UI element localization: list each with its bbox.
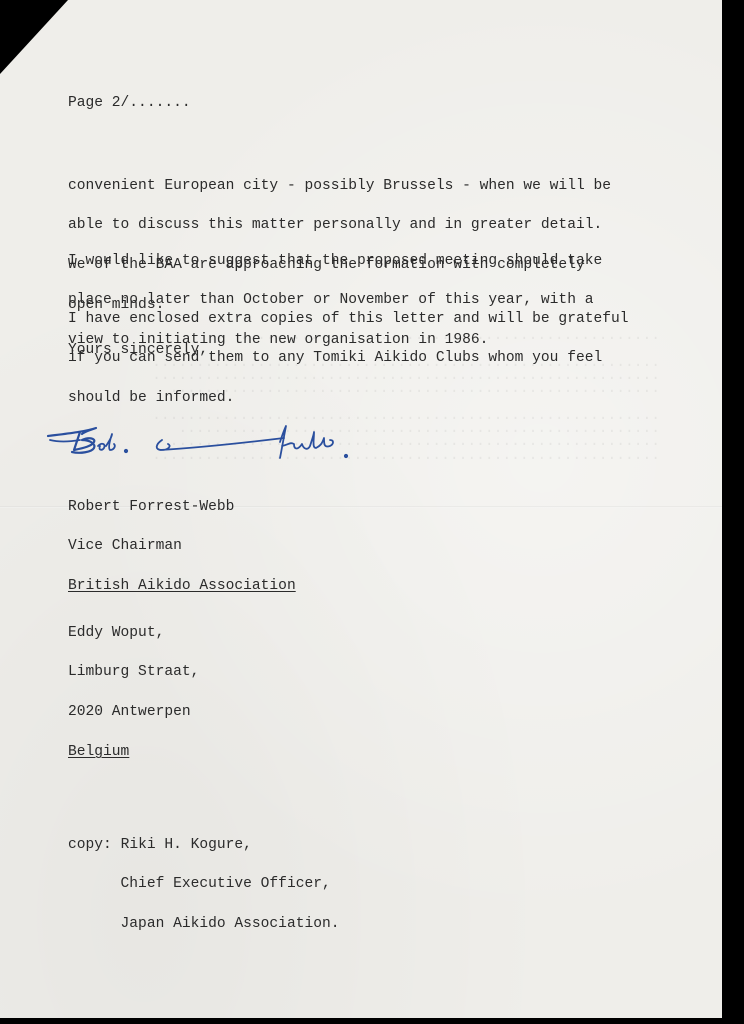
copy-organisation: Japan Aikido Association. <box>121 916 340 932</box>
paragraph-line: I have enclosed extra copies of this let… <box>68 313 629 326</box>
recipient-name: Eddy Woput, <box>68 627 199 640</box>
copy-recipient-block: copy: Riki H. Kogure, Chief Executive Of… <box>68 812 340 958</box>
paragraph-line: convenient European city - possibly Brus… <box>68 180 611 193</box>
recipient-street: Limburg Straat, <box>68 666 199 679</box>
sender-block: Robert Forrest-Webb Vice Chairman Britis… <box>68 474 296 620</box>
paragraph-3: I have enclosed extra copies of this let… <box>68 286 629 432</box>
sender-name: Robert Forrest-Webb <box>68 501 296 514</box>
copy-line-2: Chief Executive Officer, <box>68 878 340 891</box>
copy-name: Riki H. Kogure, <box>121 837 252 853</box>
sender-title: Vice Chairman <box>68 540 296 553</box>
closing-salutation: Yours sincerely, <box>68 344 208 357</box>
paragraph-line: I would like to suggest that the propose… <box>68 255 602 268</box>
copy-title: Chief Executive Officer, <box>121 876 331 892</box>
letter-page: ........................................… <box>0 0 722 1018</box>
copy-label: copy: <box>68 837 112 853</box>
recipient-country: Belgium <box>68 746 199 759</box>
paragraph-line: should be informed. <box>68 392 629 405</box>
sender-organisation: British Aikido Association <box>68 580 296 593</box>
handwritten-signature <box>44 418 364 468</box>
recipient-address: Eddy Woput, Limburg Straat, 2020 Antwerp… <box>68 600 199 786</box>
recipient-city: 2020 Antwerpen <box>68 706 199 719</box>
copy-line-3: Japan Aikido Association. <box>68 918 340 931</box>
copy-line-1: copy: Riki H. Kogure, <box>68 839 340 852</box>
page-header: Page 2/....... <box>68 97 191 110</box>
